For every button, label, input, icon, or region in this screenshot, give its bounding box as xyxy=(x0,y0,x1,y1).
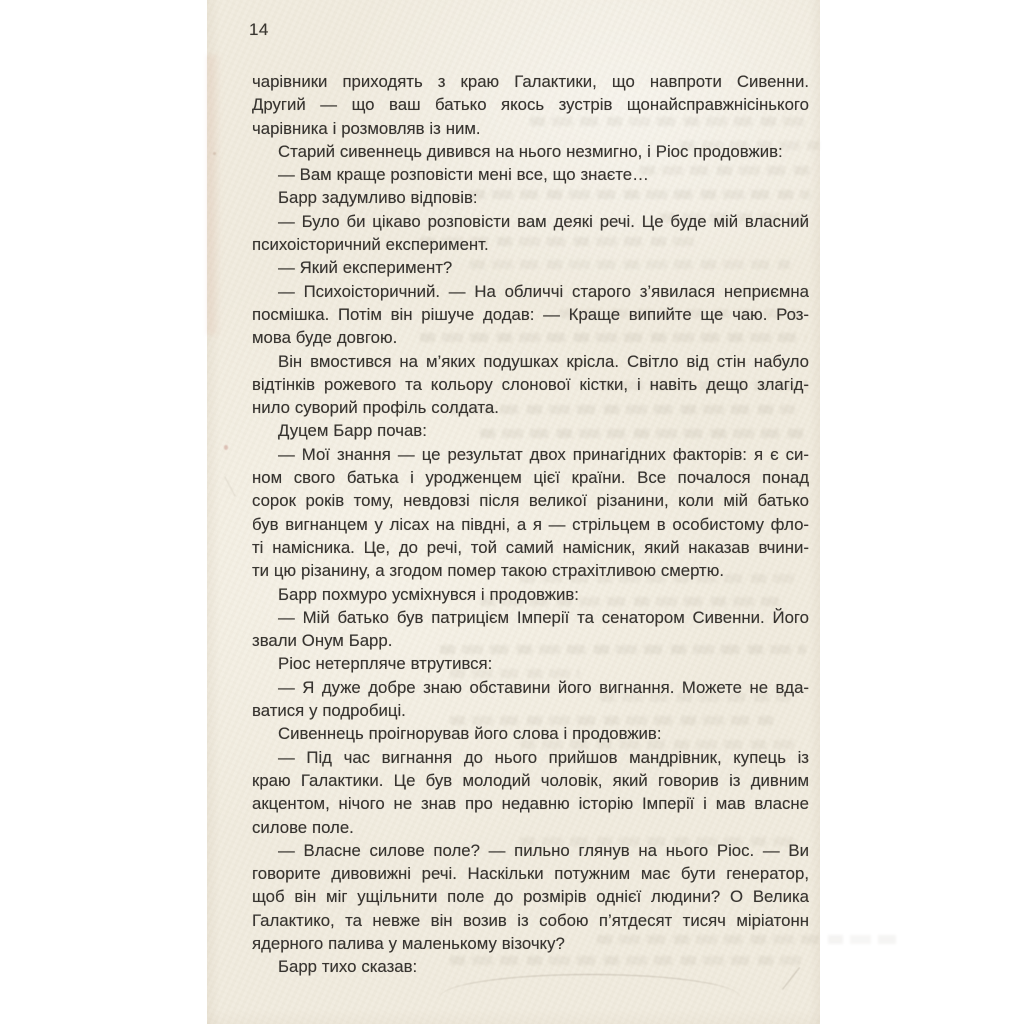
text-line: ном свого батька і уродженцем цієї країн… xyxy=(252,466,809,489)
paper-speck xyxy=(213,152,216,155)
text-line: Сивеннець проігнорував його слова і прод… xyxy=(252,722,809,745)
text-line: чарівника і розмовляв із ним. xyxy=(252,117,809,140)
page-edge-tint xyxy=(207,55,222,335)
text-line: — Я дуже добре знаю обставини його вигна… xyxy=(252,676,809,699)
text-line: Дуцем Барр почав: xyxy=(252,419,809,442)
text-line: звали Онум Барр. xyxy=(252,629,809,652)
text-line: Барр тихо сказав: xyxy=(252,955,809,978)
text-line: силове поле. xyxy=(252,816,809,839)
text-line: акцентом, нічого не знав про недавню іст… xyxy=(252,792,809,815)
screenshot-root: { "document": { "page_number": "14", "la… xyxy=(0,0,1024,1024)
text-line: чарівники приходять з краю Галактики, що… xyxy=(252,70,809,93)
text-line: був вигнанцем у лісах на півдні, а я — с… xyxy=(252,513,809,536)
text-line: Барр задумливо відповів: xyxy=(252,186,809,209)
text-line: — Який експеримент? xyxy=(252,256,809,279)
text-line: ватися у подробиці. xyxy=(252,699,809,722)
text-line: Барр похмуро усміхнувся і продовжив: xyxy=(252,583,809,606)
text-line: Ріос нетерпляче втрутився: xyxy=(252,652,809,675)
text-line: говорите дивовижні речі. Наскільки потуж… xyxy=(252,862,809,885)
paper-speck xyxy=(224,445,228,450)
text-line: — Психоісторичний. — На обличчі старого … xyxy=(252,280,809,303)
book-page: 14 чарівники приходять з краю Галактики,… xyxy=(207,0,820,1024)
text-line: Він вмостився на м’яких подушках крісла.… xyxy=(252,350,809,373)
text-line: — Вам краще розповісти мені все, що знає… xyxy=(252,163,809,186)
page-text: чарівники приходять з краю Галактики, що… xyxy=(252,70,809,979)
text-line: психоісторичний експеримент. xyxy=(252,233,809,256)
text-line: — Власне силове поле? — пильно глянув на… xyxy=(252,839,809,862)
text-line: Галактико, та невже він возив із собою п… xyxy=(252,909,809,932)
text-line: щоб він міг ущільнити поле до розмірів о… xyxy=(252,885,809,908)
text-line: Другий — що ваш батько якось зустрів щон… xyxy=(252,93,809,116)
text-line: відтінків рожевого та кольору слонової к… xyxy=(252,373,809,396)
text-line: мова буде довгою. xyxy=(252,326,809,349)
scratch-artifact xyxy=(224,477,235,497)
text-line: — Мій батько був патрицієм Імперії та се… xyxy=(252,606,809,629)
text-line: посмішка. Потім він рішуче додав: — Кращ… xyxy=(252,303,809,326)
text-line: нило суворий профіль солдата. xyxy=(252,396,809,419)
text-line: ядерного палива у маленькому візочку? xyxy=(252,932,809,955)
text-line: ти цю різанину, а згодом помер такою стр… xyxy=(252,559,809,582)
text-line: сорок років тому, невдовзі після великої… xyxy=(252,489,809,512)
text-line: — Мої знання — це результат двох принагі… xyxy=(252,443,809,466)
text-line: ті намісника. Це, до речі, той самий нам… xyxy=(252,536,809,559)
text-line: — Було би цікаво розповісти вам деякі ре… xyxy=(252,210,809,233)
text-line: — Під час вигнання до нього прийшов манд… xyxy=(252,746,809,769)
text-line: краю Галактики. Це був молодий чоловік, … xyxy=(252,769,809,792)
page-number: 14 xyxy=(249,21,269,39)
text-line: Старий сивеннець дивився на нього незмиг… xyxy=(252,140,809,163)
